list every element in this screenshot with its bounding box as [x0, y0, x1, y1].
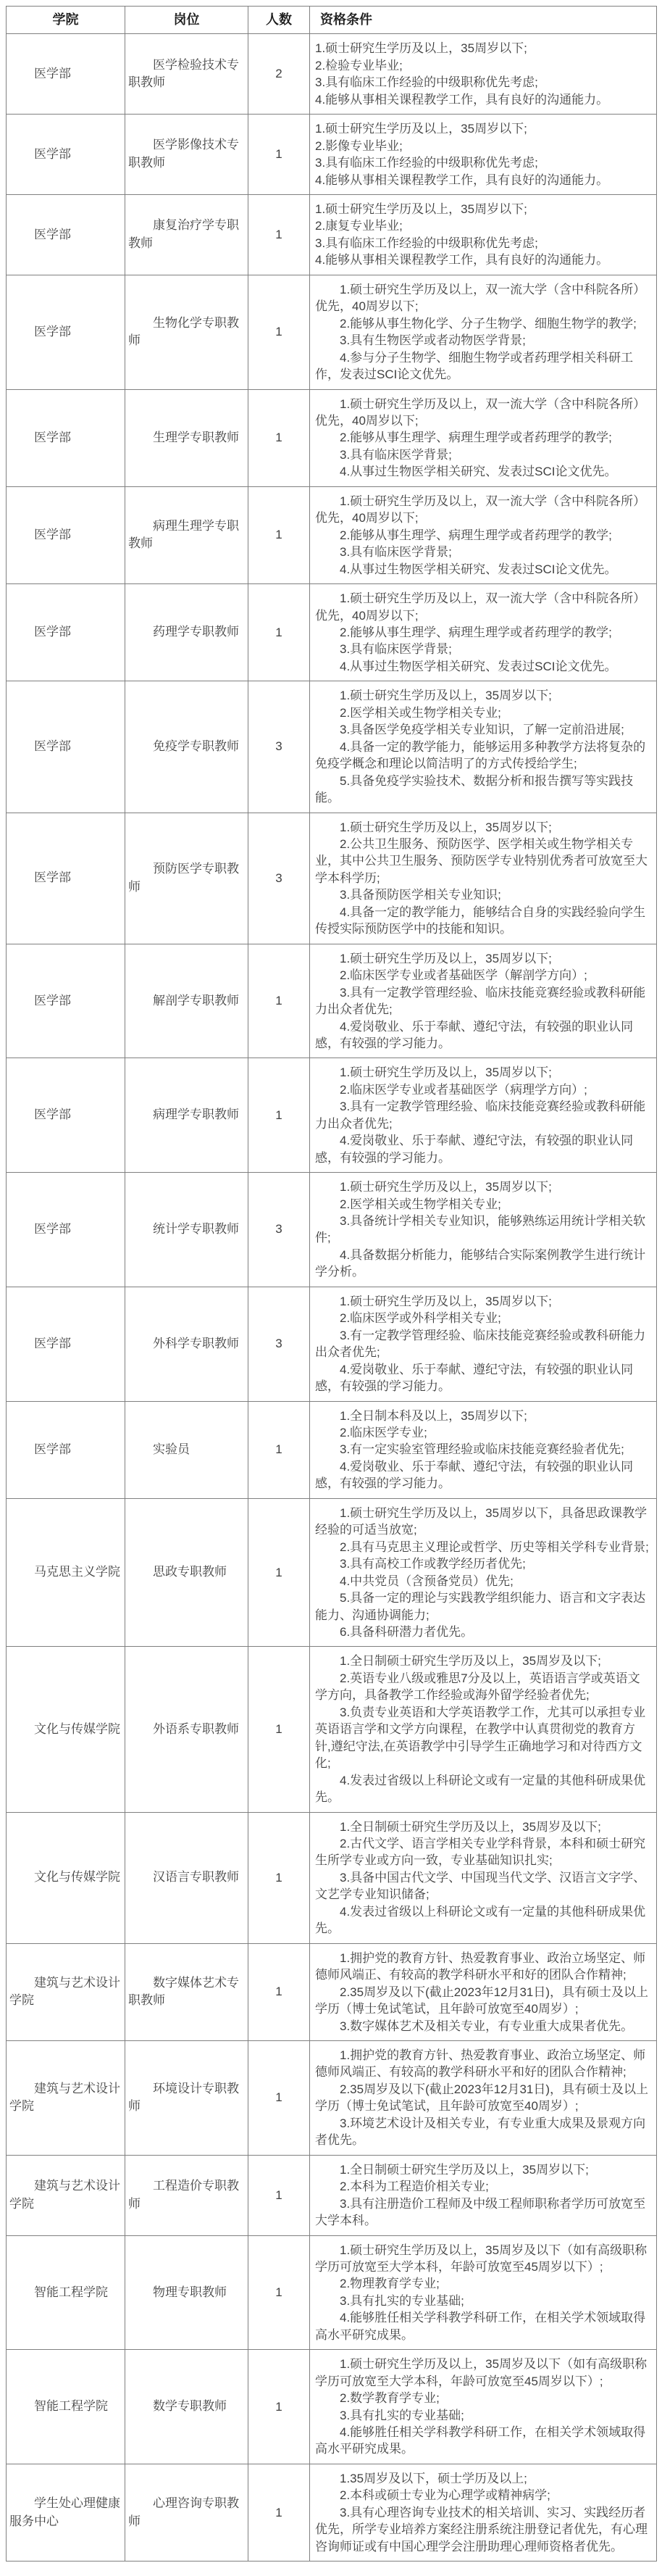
requirement-item: 4.能够胜任相关学科教学科研工作，在相关学术领域取得高水平研究成果。: [315, 2309, 650, 2343]
requirement-item: 4.爱岗敬业、乐于奉献、遵纪守法，有较强的职业认同感，有较强的学习能力。: [315, 1132, 650, 1166]
position-cell: 病理生理学专职教师: [125, 486, 248, 583]
requirements-cell: 1.硕士研究生学历及以上，35周岁以下;2.影像专业毕业;3.具有临床工作经验的…: [310, 115, 657, 195]
requirement-item: 3.具有临床医学背景;: [315, 544, 650, 560]
requirements-cell: 1.硕士研究生学历及以上，35周岁及以下（如有高级职称学历可放宽至大学本科，年龄…: [310, 2350, 657, 2464]
table-row: 医学部康复治疗学专职教师11.硕士研究生学历及以上，35周岁以下;2.康复专业毕…: [7, 195, 657, 275]
requirement-item: 1.硕士研究生学历及以上，35周岁以下;: [315, 40, 650, 57]
requirements-cell: 1.硕士研究生学历及以上，35周岁及以下（如有高级职称学历可放宽至大学本科，年龄…: [310, 2235, 657, 2350]
count-cell: 2: [248, 34, 310, 115]
requirement-item: 2.本科或硕士专业为心理学或精神病学;: [315, 2487, 650, 2504]
table-row: 文化与传媒学院汉语言专职教师11.全日制硕士研究生学历及以上，35周岁及以下;2…: [7, 1812, 657, 1943]
position-cell: 预防医学专职教师: [125, 813, 248, 944]
college-cell: 医学部: [7, 275, 125, 389]
table-row: 医学部预防医学专职教师31.硕士研究生学历及以上，35周岁以下;2.公共卫生服务…: [7, 813, 657, 944]
requirements-cell: 1.35周岁及以下，硕士学历及以上;2.本科或硕士专业为心理学或精神病学;3.具…: [310, 2464, 657, 2561]
requirement-item: 2.古代文学、语言学相关专业学科背景，本科和硕士研究生所学专业或方向一致，专业基…: [315, 1835, 650, 1869]
position-cell: 数字媒体艺术专职教师: [125, 1943, 248, 2040]
requirement-item: 3.具有注册造价工程师及中级工程师职称者学历可放宽至大学本科。: [315, 2195, 650, 2230]
requirements-cell: 1.硕士研究生学历及以上，35周岁以下;2.医学相关或生物学相关专业;3.具备医…: [310, 681, 657, 813]
requirement-item: 4.发表过省级以上科研论文或有一定量的其他科研成果优先。: [315, 1772, 650, 1806]
count-cell: 1: [248, 2040, 310, 2155]
college-cell: 医学部: [7, 1058, 125, 1173]
requirement-item: 4.能够从事相关课程教学工作，具有良好的沟通能力。: [315, 91, 650, 108]
requirement-item: 1.硕士研究生学历及以上，35周岁以下，具备思政课教学经验的可适当放宽;: [315, 1505, 650, 1539]
requirement-item: 1.硕士研究生学历及以上，35周岁以下;: [315, 1064, 650, 1081]
requirement-item: 1.硕士研究生学历及以上，35周岁及以下（如有高级职称学历可放宽至大学本科，年龄…: [315, 2356, 650, 2390]
position-cell: 统计学专职教师: [125, 1173, 248, 1287]
requirement-item: 5.具备免疫学实验技术、数据分析和报告撰写等实践技能。: [315, 773, 650, 807]
position-cell: 病理学专职教师: [125, 1058, 248, 1173]
college-cell: 医学部: [7, 813, 125, 944]
position-cell: 实验员: [125, 1401, 248, 1498]
requirement-item: 1.硕士研究生学历及以上，35周岁以下;: [315, 201, 650, 217]
count-cell: 1: [248, 1812, 310, 1943]
requirement-item: 2.临床医学专业;: [315, 1424, 650, 1441]
college-cell: 医学部: [7, 584, 125, 681]
requirement-item: 2.能够从事生理学、病理生理学或者药理学的教学;: [315, 624, 650, 641]
requirement-item: 3.数字媒体艺术及相关专业，有专业重大成果者优先。: [315, 2018, 650, 2035]
requirement-item: 3.具有临床医学背景;: [315, 641, 650, 657]
table-row: 马克思主义学院思政专职教师11.硕士研究生学历及以上，35周岁以下，具备思政课教…: [7, 1498, 657, 1647]
requirements-cell: 1.硕士研究生学历及以上，双一流大学（含中科院各所）优先，40周岁以下;2.能够…: [310, 389, 657, 486]
page: 学院 岗位 人数 资格条件 医学部医学检验技术专职教师21.硕士研究生学历及以上…: [0, 0, 662, 2576]
college-cell: 建筑与艺术设计学院: [7, 1943, 125, 2040]
requirement-item: 1.硕士研究生学历及以上，35周岁以下;: [315, 120, 650, 137]
requirement-item: 4.具备一定的教学能力，能够结合自身的实践经验向学生传授实际预防医学中的技能和知…: [315, 904, 650, 938]
table-row: 医学部实验员11.全日制本科及以上，35周岁以下;2.临床医学专业;3.有一定实…: [7, 1401, 657, 1498]
requirement-item: 1.全日制硕士研究生学历及以上，35周岁及以下;: [315, 1653, 650, 1669]
table-row: 医学部外科学专职教师31.硕士研究生学历及以上，35周岁以下;2.临床医学或外科…: [7, 1287, 657, 1401]
college-cell: 医学部: [7, 389, 125, 486]
requirements-cell: 1.全日制硕士研究生学历及以上，35周岁及以下;2.古代文学、语言学相关专业学科…: [310, 1812, 657, 1943]
position-cell: 心理咨询专职教师: [125, 2464, 248, 2561]
requirements-cell: 1.硕士研究生学历及以上，35周岁以下;2.检验专业毕业;3.具有临床工作经验的…: [310, 34, 657, 115]
college-cell: 医学部: [7, 486, 125, 583]
college-cell: 医学部: [7, 1287, 125, 1401]
college-cell: 医学部: [7, 195, 125, 275]
college-cell: 智能工程学院: [7, 2350, 125, 2464]
requirements-cell: 1.硕士研究生学历及以上，双一流大学（含中科院各所）优先，40周岁以下;2.能够…: [310, 275, 657, 389]
requirement-item: 1.全日制本科及以上，35周岁以下;: [315, 1408, 650, 1424]
count-cell: 1: [248, 195, 310, 275]
position-cell: 药理学专职教师: [125, 584, 248, 681]
position-cell: 工程造价专职教师: [125, 2155, 248, 2235]
requirement-item: 4.爱岗敬业、乐于奉献、遵纪守法，有较强的职业认同感，有较强的学习能力。: [315, 1458, 650, 1492]
position-cell: 汉语言专职教师: [125, 1812, 248, 1943]
requirements-cell: 1.全日制硕士研究生学历及以上，35周岁及以下;2.英语专业八级或雅思7分及以上…: [310, 1647, 657, 1812]
count-cell: 1: [248, 1058, 310, 1173]
requirement-item: 4.具备一定的教学能力，能够运用多种教学方法将复杂的免疫学概念和理论以简洁明了的…: [315, 739, 650, 773]
table-row: 建筑与艺术设计学院数字媒体艺术专职教师11.拥护党的教育方针、热爱教育事业、政治…: [7, 1943, 657, 2040]
header-position: 岗位: [125, 7, 248, 34]
table-row: 医学部医学检验技术专职教师21.硕士研究生学历及以上，35周岁以下;2.检验专业…: [7, 34, 657, 115]
requirements-cell: 1.硕士研究生学历及以上，35周岁以下;2.医学相关或生物学相关专业;3.具备统…: [310, 1173, 657, 1287]
requirement-item: 3.具有扎实的专业基础;: [315, 2293, 650, 2309]
table-header-row: 学院 岗位 人数 资格条件: [7, 7, 657, 34]
requirement-item: 1.硕士研究生学历及以上，35周岁以下;: [315, 687, 650, 704]
table-row: 医学部统计学专职教师31.硕士研究生学历及以上，35周岁以下;2.医学相关或生物…: [7, 1173, 657, 1287]
position-cell: 康复治疗学专职教师: [125, 195, 248, 275]
table-row: 医学部生物化学专职教师11.硕士研究生学历及以上，双一流大学（含中科院各所）优先…: [7, 275, 657, 389]
requirement-item: 1.硕士研究生学历及以上，35周岁以下;: [315, 819, 650, 836]
requirement-item: 2.具有马克思主义理论或哲学、历史等相关学科专业背景;: [315, 1539, 650, 1555]
header-requirements: 资格条件: [310, 7, 657, 34]
count-cell: 1: [248, 2235, 310, 2350]
requirement-item: 3.具有扎实的专业基础;: [315, 2407, 650, 2424]
table-row: 医学部病理生理学专职教师11.硕士研究生学历及以上，双一流大学（含中科院各所）优…: [7, 486, 657, 583]
requirement-item: 1.硕士研究生学历及以上，双一流大学（含中科院各所）优先，40周岁以下;: [315, 281, 650, 315]
requirement-item: 1.硕士研究生学历及以上，双一流大学（含中科院各所）优先，40周岁以下;: [315, 396, 650, 430]
requirement-item: 3.具有心理咨询专业技术的相关培训、实习、实践经历者优先，所学专业培养方案经注册…: [315, 2504, 650, 2555]
requirement-item: 4.从事过生物医学相关研究、发表过SCI论文优先。: [315, 561, 650, 578]
requirement-item: 1.硕士研究生学历及以上，双一流大学（含中科院各所）优先，40周岁以下;: [315, 590, 650, 624]
count-cell: 1: [248, 389, 310, 486]
table-row: 建筑与艺术设计学院环境设计专职教师11.拥护党的教育方针、热爱教育事业、政治立场…: [7, 2040, 657, 2155]
college-cell: 建筑与艺术设计学院: [7, 2155, 125, 2235]
count-cell: 1: [248, 1498, 310, 1647]
count-cell: 1: [248, 275, 310, 389]
college-cell: 智能工程学院: [7, 2235, 125, 2350]
requirements-cell: 1.硕士研究生学历及以上，双一流大学（含中科院各所）优先，40周岁以下;2.能够…: [310, 486, 657, 583]
requirement-item: 4.能够胜任相关学科教学科研工作，在相关学术领域取得高水平研究成果。: [315, 2424, 650, 2458]
requirement-item: 3.具有临床工作经验的中级职称优先考虑;: [315, 74, 650, 91]
requirement-item: 2.临床医学专业或者基础医学（解剖学方向）;: [315, 967, 650, 984]
requirements-cell: 1.拥护党的教育方针、热爱教育事业、政治立场坚定、师德师风端正、有较高的教学科研…: [310, 1943, 657, 2040]
requirement-item: 3.有一定实验室管理经验或临床技能竞赛经验者优先;: [315, 1441, 650, 1458]
position-cell: 生物化学专职教师: [125, 275, 248, 389]
requirements-cell: 1.全日制硕士研究生学历及以上，35周岁以下;2.本科为工程造价相关专业;3.具…: [310, 2155, 657, 2235]
requirement-item: 1.硕士研究生学历及以上，双一流大学（含中科院各所）优先，40周岁以下;: [315, 493, 650, 527]
requirement-item: 3.负责专业英语和大学英语教学工作，尤其可以承担专业英语语言学和文学方向课程，在…: [315, 1704, 650, 1772]
requirement-item: 1.硕士研究生学历及以上，35周岁以下;: [315, 1179, 650, 1195]
table-row: 医学部解剖学专职教师11.硕士研究生学历及以上，35周岁以下;2.临床医学专业或…: [7, 944, 657, 1058]
requirement-item: 4.能够从事相关课程教学工作，具有良好的沟通能力。: [315, 172, 650, 188]
requirement-item: 3.具有临床医学背景;: [315, 446, 650, 463]
table-row: 学生处心理健康服务中心心理咨询专职教师11.35周岁及以下，硕士学历及以上;2.…: [7, 2464, 657, 2561]
college-cell: 建筑与艺术设计学院: [7, 2040, 125, 2155]
requirement-item: 4.从事过生物医学相关研究、发表过SCI论文优先。: [315, 658, 650, 675]
requirement-item: 4.参与分子生物学、细胞生物学或者药理学相关科研工作，发表过SCI论文优先。: [315, 349, 650, 383]
requirement-item: 3.具备中国古代文学、中国现当代文学、汉语言文字学、文艺学专业知识储备;: [315, 1869, 650, 1903]
position-cell: 外语系专职教师: [125, 1647, 248, 1812]
requirement-item: 2.公共卫生服务、预防医学、医学相关或生物学相关专业，其中公共卫生服务、预防医学…: [315, 836, 650, 886]
college-cell: 马克思主义学院: [7, 1498, 125, 1647]
college-cell: 医学部: [7, 944, 125, 1058]
requirement-item: 3.具有一定教学管理经验、临床技能竞赛经验或教科研能力出众者优先;: [315, 984, 650, 1018]
position-cell: 思政专职教师: [125, 1498, 248, 1647]
requirement-item: 3.具备医学免疫学相关专业知识，了解一定前沿进展;: [315, 721, 650, 738]
requirement-item: 3.具备统计学相关专业知识，能够熟练运用统计学相关软件;: [315, 1213, 650, 1247]
requirements-cell: 1.硕士研究生学历及以上，35周岁以下;2.临床医学专业或者基础医学（解剖学方向…: [310, 944, 657, 1058]
college-cell: 医学部: [7, 115, 125, 195]
requirement-item: 5.具备一定的理论与实践教学组织能力、语言和文字表达能力、沟通协调能力;: [315, 1590, 650, 1624]
requirement-item: 2.影像专业毕业;: [315, 138, 650, 154]
requirement-item: 1.全日制硕士研究生学历及以上，35周岁及以下;: [315, 1819, 650, 1835]
count-cell: 1: [248, 944, 310, 1058]
requirement-item: 3.环境艺术设计及相关专业，有专业重大成果及景观方向者优先。: [315, 2115, 650, 2149]
requirement-item: 1.硕士研究生学历及以上，35周岁以下;: [315, 1293, 650, 1310]
requirements-cell: 1.硕士研究生学历及以上，35周岁以下;2.临床医学专业或者基础医学（病理学方向…: [310, 1058, 657, 1173]
requirement-item: 3.具备预防医学相关专业知识;: [315, 886, 650, 903]
requirement-item: 2.临床医学或外科学相关专业;: [315, 1310, 650, 1326]
count-cell: 3: [248, 813, 310, 944]
count-cell: 3: [248, 1173, 310, 1287]
count-cell: 3: [248, 1287, 310, 1401]
college-cell: 医学部: [7, 681, 125, 813]
table-row: 医学部医学影像技术专职教师11.硕士研究生学历及以上，35周岁以下;2.影像专业…: [7, 115, 657, 195]
recruitment-table: 学院 岗位 人数 资格条件 医学部医学检验技术专职教师21.硕士研究生学历及以上…: [6, 6, 657, 2562]
requirement-item: 2.医学相关或生物学相关专业;: [315, 705, 650, 721]
requirement-item: 3.具有高校工作或教学经历者优先;: [315, 1555, 650, 1572]
requirements-cell: 1.硕士研究生学历及以上，双一流大学（含中科院各所）优先，40周岁以下;2.能够…: [310, 584, 657, 681]
college-cell: 学生处心理健康服务中心: [7, 2464, 125, 2561]
requirement-item: 4.具备数据分析能力，能够结合实际案例教学生进行统计学分析。: [315, 1247, 650, 1281]
requirements-cell: 1.硕士研究生学历及以上，35周岁以下;2.康复专业毕业;3.具有临床工作经验的…: [310, 195, 657, 275]
requirement-item: 3.具有一定教学管理经验、临床技能竞赛经验或教科研能力出众者优先;: [315, 1098, 650, 1132]
requirement-item: 2.数学教育学专业;: [315, 2390, 650, 2406]
table-row: 建筑与艺术设计学院工程造价专职教师11.全日制硕士研究生学历及以上，35周岁以下…: [7, 2155, 657, 2235]
count-cell: 1: [248, 486, 310, 583]
requirement-item: 3.具有生物医学或者动物医学背景;: [315, 332, 650, 349]
requirements-cell: 1.硕士研究生学历及以上，35周岁以下，具备思政课教学经验的可适当放宽;2.具有…: [310, 1498, 657, 1647]
count-cell: 1: [248, 2350, 310, 2464]
table-row: 医学部药理学专职教师11.硕士研究生学历及以上，双一流大学（含中科院各所）优先，…: [7, 584, 657, 681]
position-cell: 免疫学专职教师: [125, 681, 248, 813]
table-row: 医学部生理学专职教师11.硕士研究生学历及以上，双一流大学（含中科院各所）优先，…: [7, 389, 657, 486]
count-cell: 3: [248, 681, 310, 813]
requirement-item: 4.中共党员（含预备党员）优先;: [315, 1573, 650, 1590]
requirement-item: 2.康复专业毕业;: [315, 217, 650, 234]
requirement-item: 3.具有临床工作经验的中级职称优先考虑;: [315, 235, 650, 252]
requirement-item: 2.本科为工程造价相关专业;: [315, 2178, 650, 2195]
position-cell: 医学检验技术专职教师: [125, 34, 248, 115]
requirement-item: 1.拥护党的教育方针、热爱教育事业、政治立场坚定、师德师风端正、有较高的教学科研…: [315, 1950, 650, 1984]
requirement-item: 4.发表过省级以上科研论文或有一定量的其他科研成果优先。: [315, 1903, 650, 1937]
count-cell: 1: [248, 2155, 310, 2235]
position-cell: 医学影像技术专职教师: [125, 115, 248, 195]
requirement-item: 4.爱岗敬业、乐于奉献、遵纪守法，有较强的职业认同感，有较强的学习能力。: [315, 1361, 650, 1395]
requirement-item: 1.35周岁及以下，硕士学历及以上;: [315, 2470, 650, 2487]
table-row: 医学部病理学专职教师11.硕士研究生学历及以上，35周岁以下;2.临床医学专业或…: [7, 1058, 657, 1173]
count-cell: 1: [248, 1647, 310, 1812]
requirements-cell: 1.拥护党的教育方针、热爱教育事业、政治立场坚定、师德师风端正、有较高的教学科研…: [310, 2040, 657, 2155]
count-cell: 1: [248, 2464, 310, 2561]
requirement-item: 1.硕士研究生学历及以上，35周岁及以下（如有高级职称学历可放宽至大学本科，年龄…: [315, 2242, 650, 2276]
requirement-item: 2.35周岁及以下(截止2023年12月31日)，具有硕士及以上学历（博士免试笔…: [315, 2081, 650, 2115]
requirement-item: 2.英语专业八级或雅思7分及以上，英语语言学或英语文学方向，具备教学工作经验或海…: [315, 1670, 650, 1704]
position-cell: 物理专职教师: [125, 2235, 248, 2350]
requirement-item: 4.从事过生物医学相关研究、发表过SCI论文优先。: [315, 463, 650, 480]
requirement-item: 1.拥护党的教育方针、热爱教育事业、政治立场坚定、师德师风端正、有较高的教学科研…: [315, 2047, 650, 2081]
table-body: 医学部医学检验技术专职教师21.硕士研究生学历及以上，35周岁以下;2.检验专业…: [7, 34, 657, 2562]
table-row: 医学部免疫学专职教师31.硕士研究生学历及以上，35周岁以下;2.医学相关或生物…: [7, 681, 657, 813]
position-cell: 数学专职教师: [125, 2350, 248, 2464]
requirement-item: 3.有一定教学管理经验、临床技能竞赛经验或教科研能力出众者优先;: [315, 1327, 650, 1361]
requirement-item: 2.能够从事生物化学、分子生物学、细胞生物学的教学;: [315, 315, 650, 332]
count-cell: 1: [248, 115, 310, 195]
requirements-cell: 1.全日制本科及以上，35周岁以下;2.临床医学专业;3.有一定实验室管理经验或…: [310, 1401, 657, 1498]
requirement-item: 2.能够从事生理学、病理生理学或者药理学的教学;: [315, 527, 650, 544]
table-row: 智能工程学院数学专职教师11.硕士研究生学历及以上，35周岁及以下（如有高级职称…: [7, 2350, 657, 2464]
college-cell: 文化与传媒学院: [7, 1647, 125, 1812]
requirement-item: 1.硕士研究生学历及以上，35周岁以下;: [315, 950, 650, 967]
requirement-item: 2.医学相关或生物学相关专业;: [315, 1196, 650, 1213]
requirement-item: 4.爱岗敬业、乐于奉献、遵纪守法，有较强的职业认同感，有较强的学习能力。: [315, 1018, 650, 1052]
requirement-item: 6.具备科研潜力者优先。: [315, 1624, 650, 1640]
college-cell: 医学部: [7, 34, 125, 115]
position-cell: 生理学专职教师: [125, 389, 248, 486]
requirements-cell: 1.硕士研究生学历及以上，35周岁以下;2.临床医学或外科学相关专业;3.有一定…: [310, 1287, 657, 1401]
position-cell: 解剖学专职教师: [125, 944, 248, 1058]
requirement-item: 2.物理教育学专业;: [315, 2275, 650, 2292]
requirement-item: 1.全日制硕士研究生学历及以上，35周岁以下;: [315, 2161, 650, 2178]
requirement-item: 4.能够从事相关课程教学工作，具有良好的沟通能力。: [315, 252, 650, 268]
position-cell: 环境设计专职教师: [125, 2040, 248, 2155]
college-cell: 医学部: [7, 1173, 125, 1287]
count-cell: 1: [248, 1943, 310, 2040]
count-cell: 1: [248, 1401, 310, 1498]
table-row: 文化与传媒学院外语系专职教师11.全日制硕士研究生学历及以上，35周岁及以下;2…: [7, 1647, 657, 1812]
requirement-item: 2.能够从事生理学、病理生理学或者药理学的教学;: [315, 429, 650, 446]
requirement-item: 2.35周岁及以下(截止2023年12月31日)，具有硕士及以上学历（博士免试笔…: [315, 1984, 650, 2018]
college-cell: 文化与传媒学院: [7, 1812, 125, 1943]
header-count: 人数: [248, 7, 310, 34]
college-cell: 医学部: [7, 1401, 125, 1498]
requirement-item: 2.临床医学专业或者基础医学（病理学方向）;: [315, 1081, 650, 1098]
requirement-item: 3.具有临床工作经验的中级职称优先考虑;: [315, 154, 650, 171]
header-college: 学院: [7, 7, 125, 34]
requirement-item: 2.检验专业毕业;: [315, 57, 650, 74]
requirements-cell: 1.硕士研究生学历及以上，35周岁以下;2.公共卫生服务、预防医学、医学相关或生…: [310, 813, 657, 944]
position-cell: 外科学专职教师: [125, 1287, 248, 1401]
table-row: 智能工程学院物理专职教师11.硕士研究生学历及以上，35周岁及以下（如有高级职称…: [7, 2235, 657, 2350]
count-cell: 1: [248, 584, 310, 681]
